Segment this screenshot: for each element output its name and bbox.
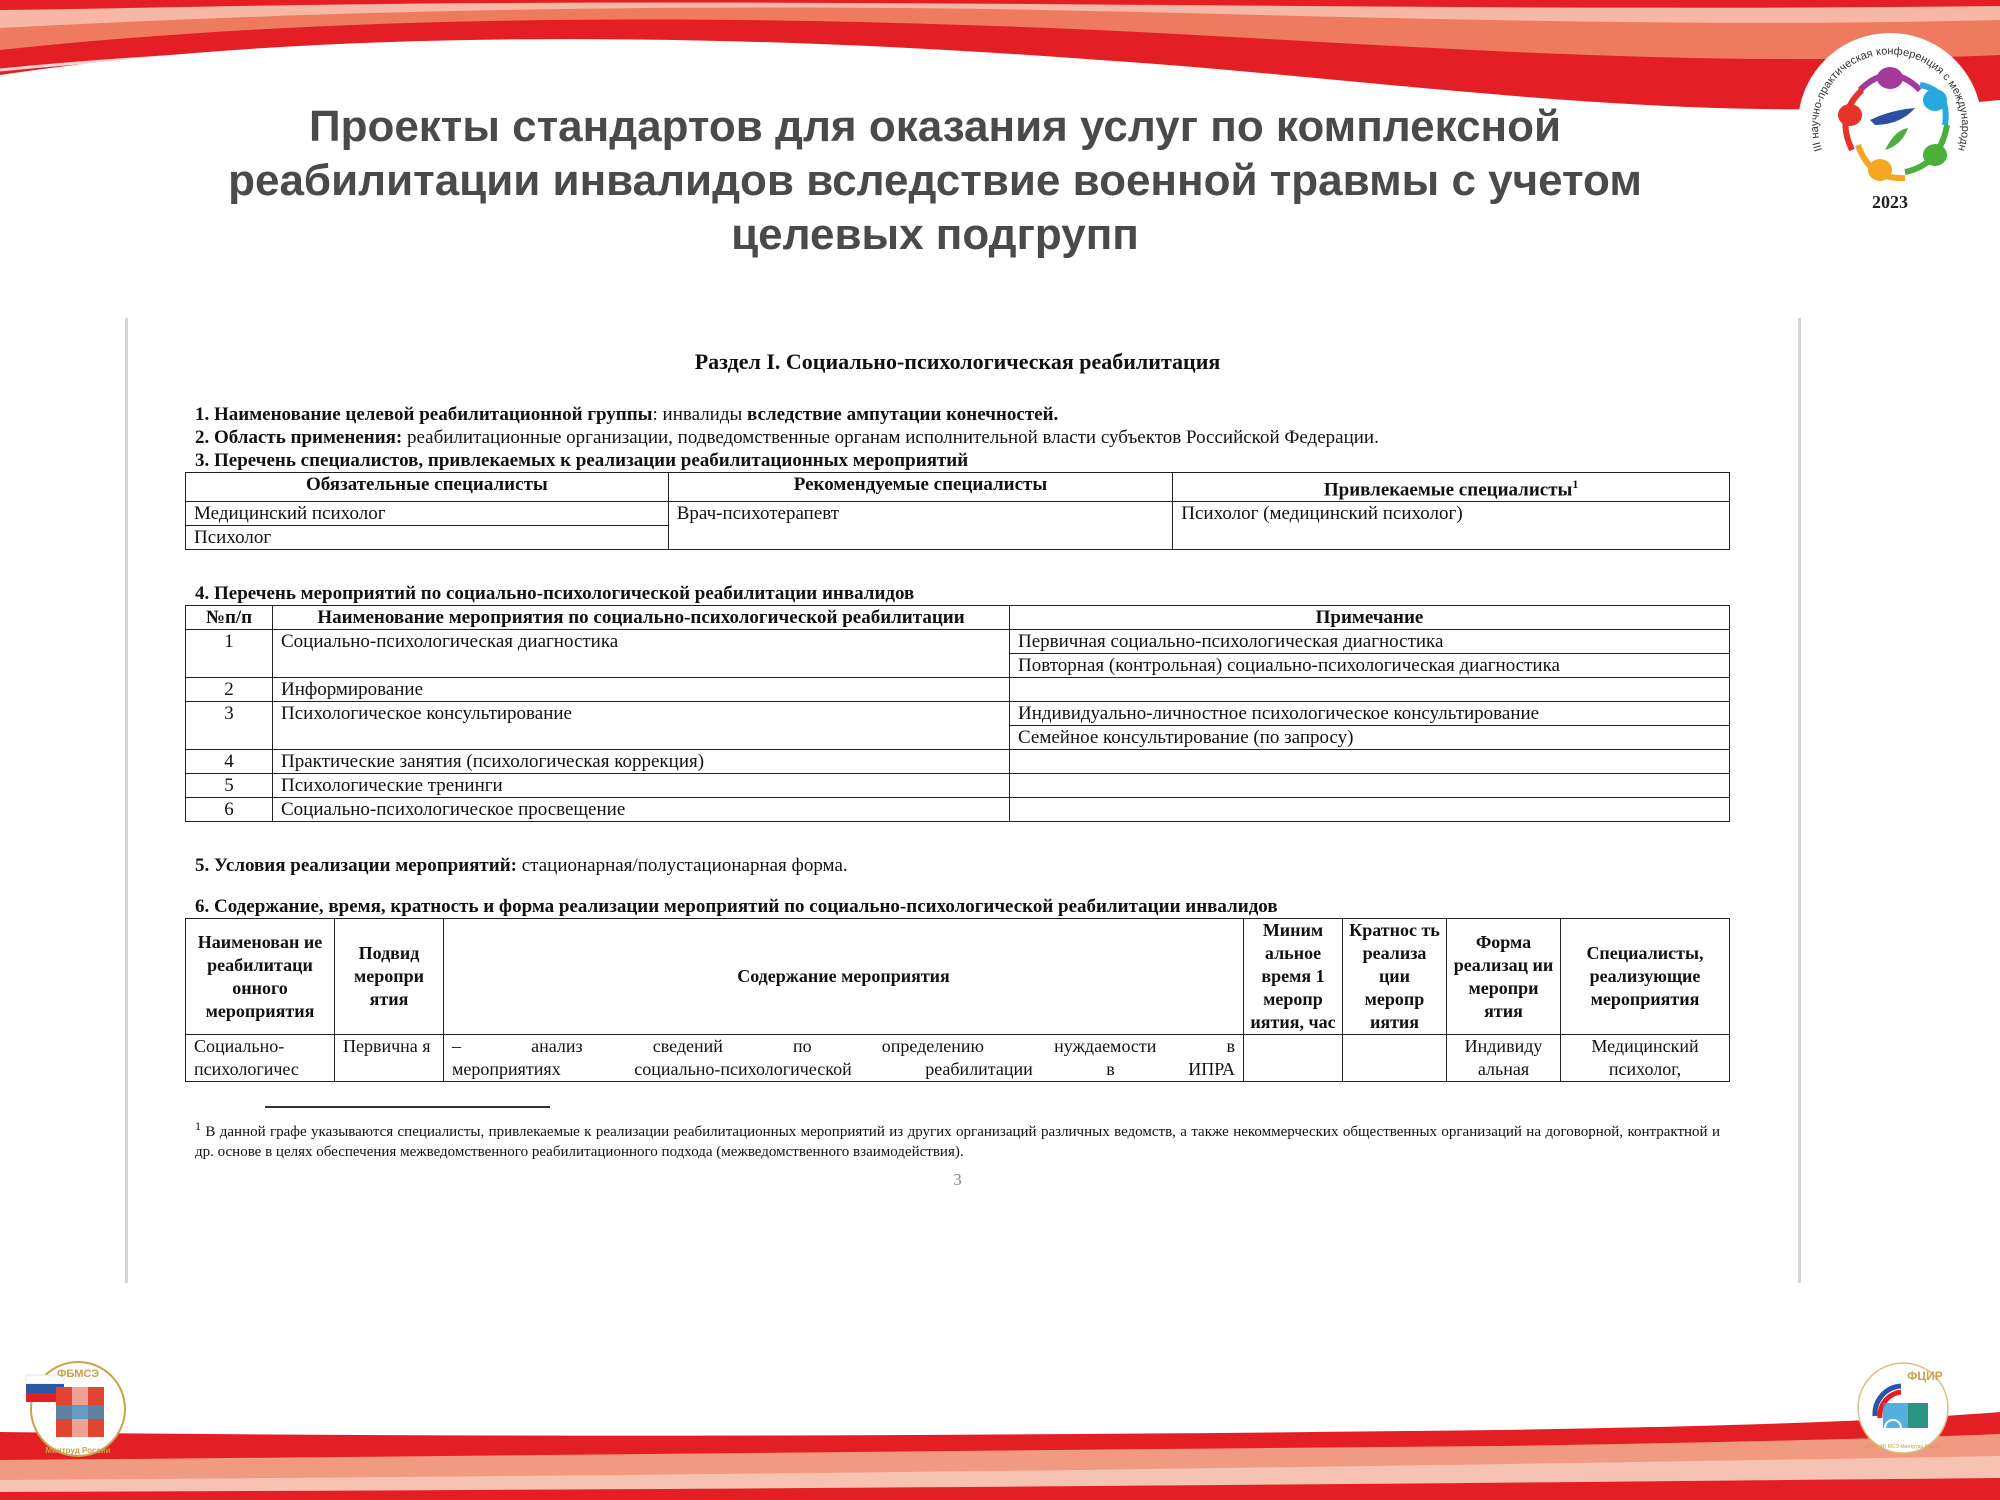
header-notes: Примечание (1010, 606, 1730, 630)
cell-activity-name: Социально-психологическое просвещение (273, 798, 1010, 822)
cell-frequency (1343, 1035, 1447, 1082)
decorative-wave-bottom (0, 1400, 2000, 1500)
cell-number: 6 (186, 798, 273, 822)
cell-number: 5 (186, 774, 273, 798)
header-activity-name: Наименован ие реабилитаци онного меропри… (186, 919, 335, 1035)
cell-note: Семейное консультирование (по запросу) (1010, 726, 1730, 750)
header-frequency: Кратнос ть реализа ции меропр иятия (1343, 919, 1447, 1035)
cell-note: Первичная социально-психологическая диаг… (1010, 630, 1730, 654)
content-table: Наименован ие реабилитаци онного меропри… (185, 918, 1730, 1082)
cell-note (1010, 774, 1730, 798)
cell-activity-name: Информирование (273, 678, 1010, 702)
svg-text:ФБМСЭ: ФБМСЭ (57, 1368, 99, 1380)
cell-activity-name: Социально-психологическая диагностика (273, 630, 1010, 678)
cell-activity-name: Социально-психологичес (186, 1035, 335, 1082)
cell-activity-name: Психологические тренинги (273, 774, 1010, 798)
document-page: Раздел I. Социально-психологическая реаб… (185, 350, 1730, 1191)
item-activities-heading: 4. Перечень мероприятий по социально-пси… (195, 582, 1730, 605)
footnote-divider (265, 1106, 550, 1108)
cell-note (1010, 798, 1730, 822)
activities-table: №п/п Наименование мероприятия по социаль… (185, 605, 1730, 822)
svg-text:Минтруд России: Минтруд России (45, 1446, 110, 1455)
conference-logo: III научно-практическая конференция с ме… (1790, 30, 1990, 220)
header-subtype: Подвид меропри ятия (335, 919, 444, 1035)
cell-subtype: Первична я (335, 1035, 444, 1082)
cell-note: Индивидуально-личностное психологическое… (1010, 702, 1730, 726)
header-involved: Привлекаемые специалисты1 (1173, 473, 1730, 502)
header-form: Форма реализац ии меропри ятия (1447, 919, 1561, 1035)
svg-text:ФЦИР: ФЦИР (1907, 1369, 1943, 1383)
table-row: 6Социально-психологическое просвещение (186, 798, 1730, 822)
header-mandatory: Обязательные специалисты (186, 473, 669, 502)
item-scope: 2. Область применения: реабилитационные … (195, 426, 1730, 449)
header-specialists: Специалисты, реализующие мероприятия (1561, 919, 1730, 1035)
svg-text:ФГБУ ФБ МСЭ Минтруда России: ФГБУ ФБ МСЭ Минтруда России (1865, 1444, 1941, 1450)
table-row: 2Информирование (186, 678, 1730, 702)
involved-specialist: Психолог (медицинский психолог) (1173, 502, 1730, 550)
section-heading: Раздел I. Социально-психологическая реаб… (185, 350, 1730, 373)
table-row: 1Социально-психологическая диагностикаПе… (186, 630, 1730, 654)
item-specialists-heading: 3. Перечень специалистов, привлекаемых к… (195, 449, 1730, 472)
header-number: №п/п (186, 606, 273, 630)
cell-note (1010, 678, 1730, 702)
fcir-logo: ФЦИР ФГБУ ФБ МСЭ Минтруда России (1853, 1358, 1953, 1458)
mandatory-specialist: Медицинский психолог (186, 502, 669, 526)
specialists-table: Обязательные специалисты Рекомендуемые с… (185, 472, 1730, 550)
cell-number: 3 (186, 702, 273, 750)
svg-text:2023: 2023 (1872, 192, 1908, 212)
cell-note: Повторная (контрольная) социально-психол… (1010, 654, 1730, 678)
fbmse-logo: ФБМСЭ Минтруд России (20, 1357, 130, 1462)
table-row: 3Психологическое консультированиеИндивид… (186, 702, 1730, 726)
slide-title: Проекты стандартов для оказания услуг по… (180, 100, 1690, 262)
cell-min-time (1244, 1035, 1343, 1082)
cell-number: 2 (186, 678, 273, 702)
page-number: 3 (185, 1168, 1730, 1191)
cell-activity-name: Психологическое консультирование (273, 702, 1010, 750)
mandatory-specialist: Психолог (186, 526, 669, 550)
cell-form: Индивиду альная (1447, 1035, 1561, 1082)
header-content: Содержание мероприятия (444, 919, 1244, 1035)
footnote: 1 В данной графе указываются специалисты… (195, 1116, 1720, 1162)
cell-number: 1 (186, 630, 273, 678)
cell-content: – анализ сведений по определению нуждаем… (444, 1035, 1244, 1082)
header-recommended: Рекомендуемые специалисты (668, 473, 1173, 502)
item-conditions: 5. Условия реализации мероприятий: стаци… (195, 854, 1730, 877)
cell-note (1010, 750, 1730, 774)
table-row: 5Психологические тренинги (186, 774, 1730, 798)
header-min-time: Миним альное время 1 меропр иятия, час (1244, 919, 1343, 1035)
header-activity-name: Наименование мероприятия по социально-пс… (273, 606, 1010, 630)
cell-activity-name: Практические занятия (психологическая ко… (273, 750, 1010, 774)
cell-number: 4 (186, 750, 273, 774)
item-target-group: 1. Наименование целевой реабилитационной… (195, 403, 1730, 426)
cell-specialists: Медицинский психолог, (1561, 1035, 1730, 1082)
item-content-heading: 6. Содержание, время, кратность и форма … (195, 895, 1730, 918)
recommended-specialist: Врач-психотерапевт (668, 502, 1173, 550)
table-row: 4Практические занятия (психологическая к… (186, 750, 1730, 774)
